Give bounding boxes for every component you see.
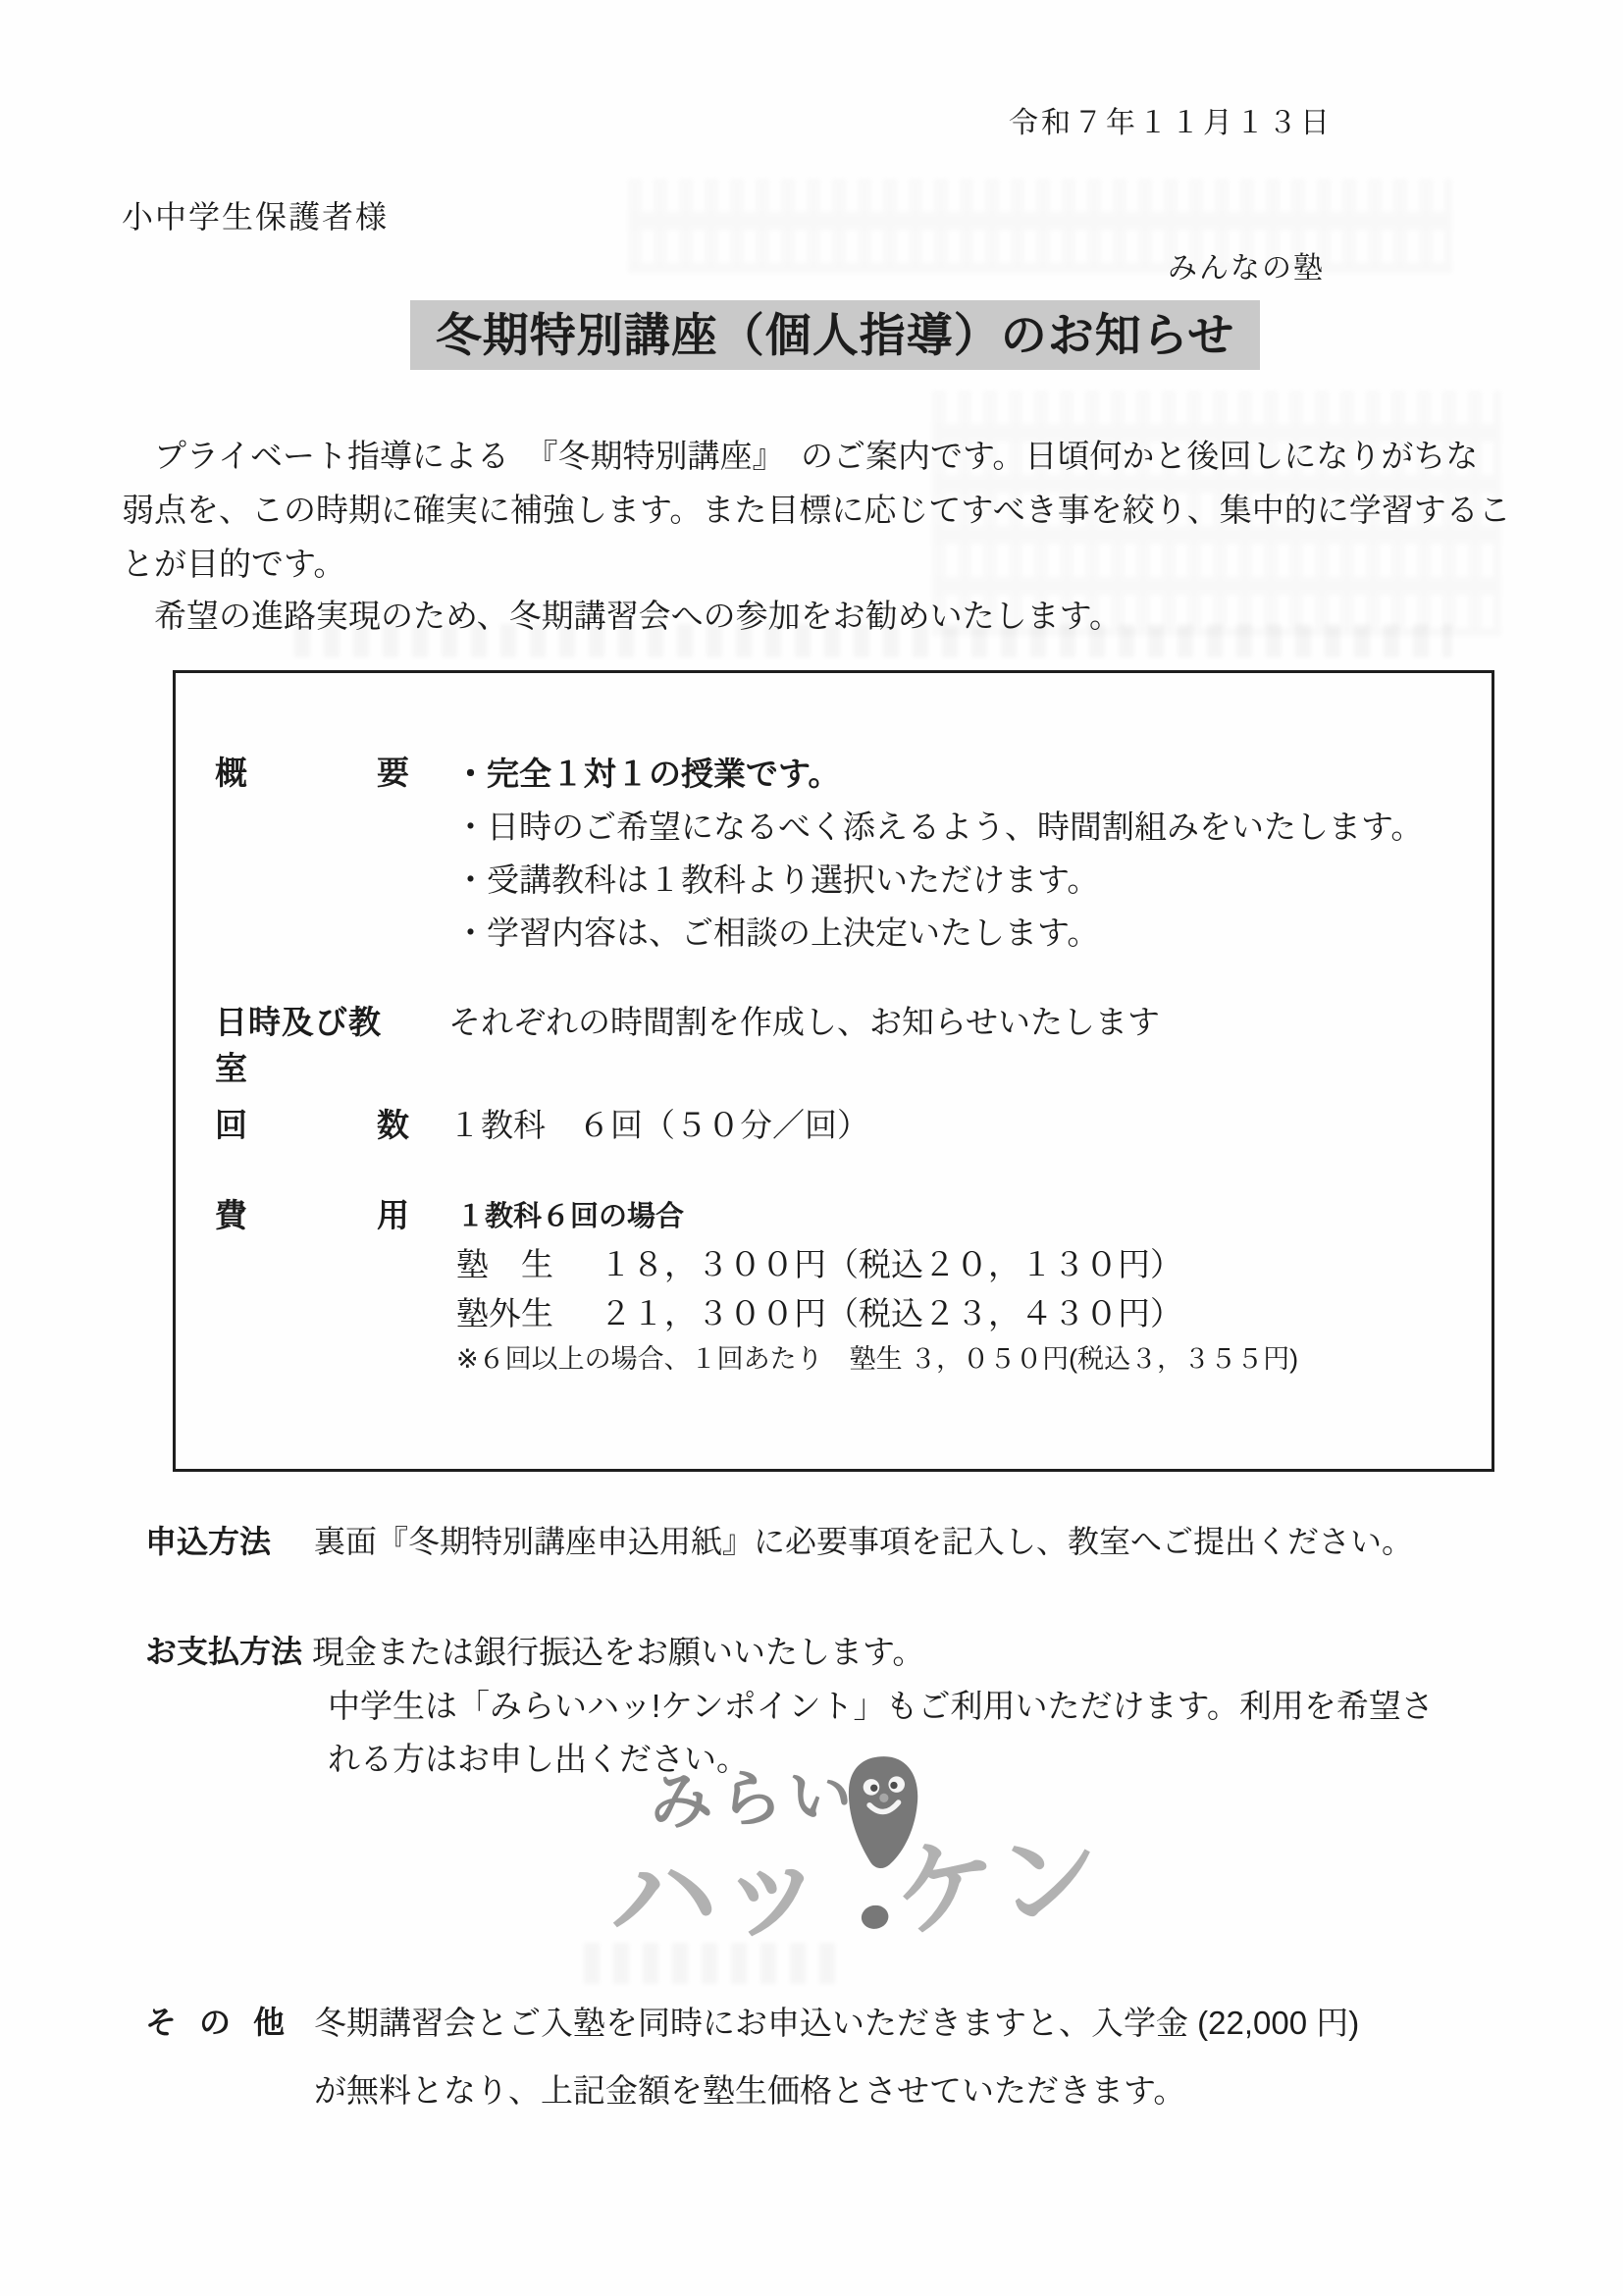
application-text: 裏面『冬期特別講座申込用紙』に必要事項を記入し、教室へご提出ください。: [314, 1517, 1413, 1562]
sender-name: みんなの塾: [1168, 243, 1325, 287]
course-info-box: 概 要 ・完全１対１の授業です。 ・日時のご希望になるべく添えるよう、時間割組み…: [173, 670, 1494, 1472]
document-title: 冬期特別講座（個人指導）のお知らせ: [410, 300, 1260, 370]
other-line: 冬期講習会とご入塾を同時にお申込いただきますと、入学金 (22,000 円): [314, 1998, 1359, 2044]
application-label: 申込方法: [145, 1517, 271, 1562]
schedule-label: 日時及び教室: [215, 997, 409, 1089]
recipient-line: 小中学生保護者様: [122, 192, 389, 237]
recommendation-line: 希望の進路実現のため、冬期講習会への参加をお勧めいたします。: [122, 591, 1122, 637]
fees-label: 費 用: [215, 1190, 409, 1236]
overview-bullet: ・学習内容は、ご相談の上決定いたします。: [454, 907, 1423, 960]
payment-label: お支払方法: [145, 1627, 302, 1672]
intro-paragraph: プライベート指導による 『冬期特別講座』 のご案内です。日頃何かと後回しになりが…: [122, 429, 1519, 591]
payment-line: 中学生は「みらいハッ!ケンポイント」もご利用いただけます。利用を希望さ: [328, 1681, 1434, 1727]
fee-note: ※６回以上の場合、１回あたり 塾生 ３，０５０円(税込３，３５５円): [456, 1337, 1298, 1376]
logo-text-mirai: みらい: [648, 1745, 860, 1842]
overview-bullet: ・完全１対１の授業です。: [454, 748, 1423, 801]
other-label: そ の 他: [145, 1998, 285, 2043]
mirai-hakken-logo: ハッ ケン みらい: [599, 1745, 1158, 1956]
sessions-text: １教科 ６回（５０分／回）: [448, 1100, 869, 1146]
payment-line: 現金または銀行振込をお願いいたします。: [312, 1627, 924, 1673]
overview-bullets: ・完全１対１の授業です。 ・日時のご希望になるべく添えるよう、時間割組みをいたし…: [454, 748, 1423, 960]
fee-row: 塾 生 １８，３００円（税込２０，１３０円）: [456, 1239, 1182, 1285]
fee-row-price: １８，３００円（税込２０，１３０円）: [600, 1239, 1182, 1285]
fee-row: 塾外生 ２１，３００円（税込２３，４３０円）: [456, 1288, 1182, 1334]
sessions-label: 回 数: [215, 1100, 409, 1146]
fees-case-heading: １教科６回の場合: [456, 1194, 684, 1234]
bleed-through-artifact: [628, 179, 1452, 273]
document-page: 令和７年１１月１３日 小中学生保護者様 みんなの塾 冬期特別講座（個人指導）のお…: [0, 0, 1623, 2296]
document-date: 令和７年１１月１３日: [1009, 98, 1333, 141]
overview-bullet: ・日時のご希望になるべく添えるよう、時間割組みをいたします。: [454, 801, 1423, 854]
overview-label: 概 要: [215, 748, 409, 794]
fee-row-name: 塾 生: [456, 1239, 556, 1285]
overview-bullet: ・受講教科は１教科より選択いただけます。: [454, 854, 1423, 907]
intro-line: とが目的です。: [122, 537, 1519, 591]
intro-line: 弱点を、この時期に確実に補強します。また目標に応じてすべき事を絞り、集中的に学習…: [122, 483, 1519, 537]
schedule-text: それぞれの時間割を作成し、お知らせいたします: [448, 997, 1160, 1043]
other-line: が無料となり、上記金額を塾生価格とさせていただきます。: [314, 2065, 1185, 2112]
exclamation-mascot-icon: [837, 1752, 927, 1943]
fee-row-name: 塾外生: [456, 1288, 556, 1334]
intro-line: プライベート指導による 『冬期特別講座』 のご案内です。日頃何かと後回しになりが…: [122, 429, 1519, 483]
fee-row-price: ２１，３００円（税込２３，４３０円）: [600, 1288, 1182, 1334]
